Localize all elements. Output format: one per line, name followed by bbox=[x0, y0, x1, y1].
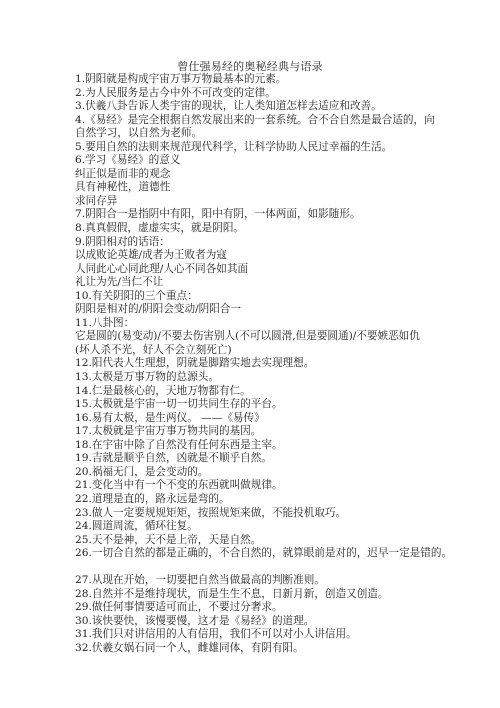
text-line: 14.仁是最核心的，天地万物都有仁。 bbox=[75, 385, 475, 399]
text-line: 4.《易经》是完全根据自然发展出来的一套系统。合不合自然是最合适的，向 bbox=[75, 114, 475, 128]
text-line: 17.太极就是宇宙万事万物共同的基因。 bbox=[75, 425, 475, 439]
text-line: 22.道理是直的，路永远是弯的。 bbox=[75, 493, 475, 507]
text-line: 阴阳是相对的/阴阳会变动/阴阳合一 bbox=[75, 303, 475, 317]
text-line: 31.我们只对讲信用的人有信用，我们不可以对小人讲信用。 bbox=[75, 628, 475, 642]
text-line: 16.易有太极，是生两仪。 ——《易传》 bbox=[75, 412, 475, 426]
text-line: 人同此心心同此理/人心不同各如其面 bbox=[75, 263, 475, 277]
text-line: 18.在宇宙中除了自然没有任何东西是主宰。 bbox=[75, 439, 475, 453]
text-line: 28.自然并不是维持现状，而是生生不息，日新月新，创造又创造。 bbox=[75, 588, 475, 602]
text-line: 9.阴阳相对的话语： bbox=[75, 236, 475, 250]
text-line: 29.做任何事情要适可而止，不要过分奢求。 bbox=[75, 601, 475, 615]
text-line: 19.吉就是顺乎自然，凶就是不顺乎自然。 bbox=[75, 452, 475, 466]
text-line: 11.八卦图： bbox=[75, 317, 475, 331]
text-line: 2.为人民服务是古今中外不可改变的定律。 bbox=[75, 87, 475, 101]
text-line: (坏人杀不光，好人不会立刻死亡) bbox=[75, 344, 475, 358]
document-page: 曾仕强易经的奥秘经典与语录 1.阴阳就是构成宇宙万事万物最基本的元素。2.为人民… bbox=[0, 0, 500, 708]
text-line: 纠正似是而非的观念 bbox=[75, 168, 475, 182]
text-line: 具有神秘性，道德性 bbox=[75, 181, 475, 195]
text-line: 21.变化当中有一个不变的东西就叫做规律。 bbox=[75, 479, 475, 493]
text-line: 7.阴阳合一是指阴中有阳，阳中有阴，一体两面，如影随形。 bbox=[75, 208, 475, 222]
text-line: 10.有关阴阳的三个重点： bbox=[75, 290, 475, 304]
text-line: 20.祸福无门，是会变动的。 bbox=[75, 466, 475, 480]
text-line: 12.阳代表人生理想，阴就是脚踏实地去实现理想。 bbox=[75, 357, 475, 371]
text-line: 6.学习《易经》的意义 bbox=[75, 154, 475, 168]
text-line: 自然学习，以自然为老师。 bbox=[75, 127, 475, 141]
text-line: 25.天不是神，天不是上帝，天是自然。 bbox=[75, 534, 475, 548]
text-line: 26.一切合自然的都是正确的，不合自然的，就算眼前是对的，迟早一定是错的。 bbox=[75, 547, 475, 561]
text-line: 13.太极是万事万物的总源头。 bbox=[75, 371, 475, 385]
text-line: 以成败论英雄/成者为王败者为寇 bbox=[75, 249, 475, 263]
document-title: 曾仕强易经的奥秘经典与语录 bbox=[0, 61, 500, 73]
text-line: 礼让为先/当仁不让 bbox=[75, 276, 475, 290]
text-line: 求同存异 bbox=[75, 195, 475, 209]
text-line: 它是圆的(易变动)/不要去伤害别人(不可以圆滑,但是要圆通)/不要嫉恶如仇 bbox=[75, 330, 475, 344]
text-line: 1.阴阳就是构成宇宙万事万物最基本的元素。 bbox=[75, 73, 475, 87]
text-line: 5.要用自然的法则来规范现代科学，让科学协助人民过幸福的生活。 bbox=[75, 141, 475, 155]
text-line: 27.从现在开始，一切要把自然当做最高的判断准则。 bbox=[75, 574, 475, 588]
text-line: 3.伏羲八卦告诉人类宇宙的现状，让人类知道怎样去适应和改善。 bbox=[75, 100, 475, 114]
text-line: 24.圆道周流，循环往复。 bbox=[75, 520, 475, 534]
document-body: 1.阴阳就是构成宇宙万事万物最基本的元素。2.为人民服务是古今中外不可改变的定律… bbox=[75, 73, 475, 656]
blank-line bbox=[75, 561, 475, 575]
text-line: 15.太极就是宇宙一切一切共同生存的平台。 bbox=[75, 398, 475, 412]
text-line: 30.该快要快，该慢要慢，这才是《易经》的道理。 bbox=[75, 615, 475, 629]
text-line: 32.伏羲女娲石同一个人，雌雄同体，有阴有阳。 bbox=[75, 642, 475, 656]
text-line: 23.做人一定要规规矩矩，按照规矩来做，不能投机取巧。 bbox=[75, 507, 475, 521]
text-line: 8.真真假假，虚虚实实，就是阴阳。 bbox=[75, 222, 475, 236]
